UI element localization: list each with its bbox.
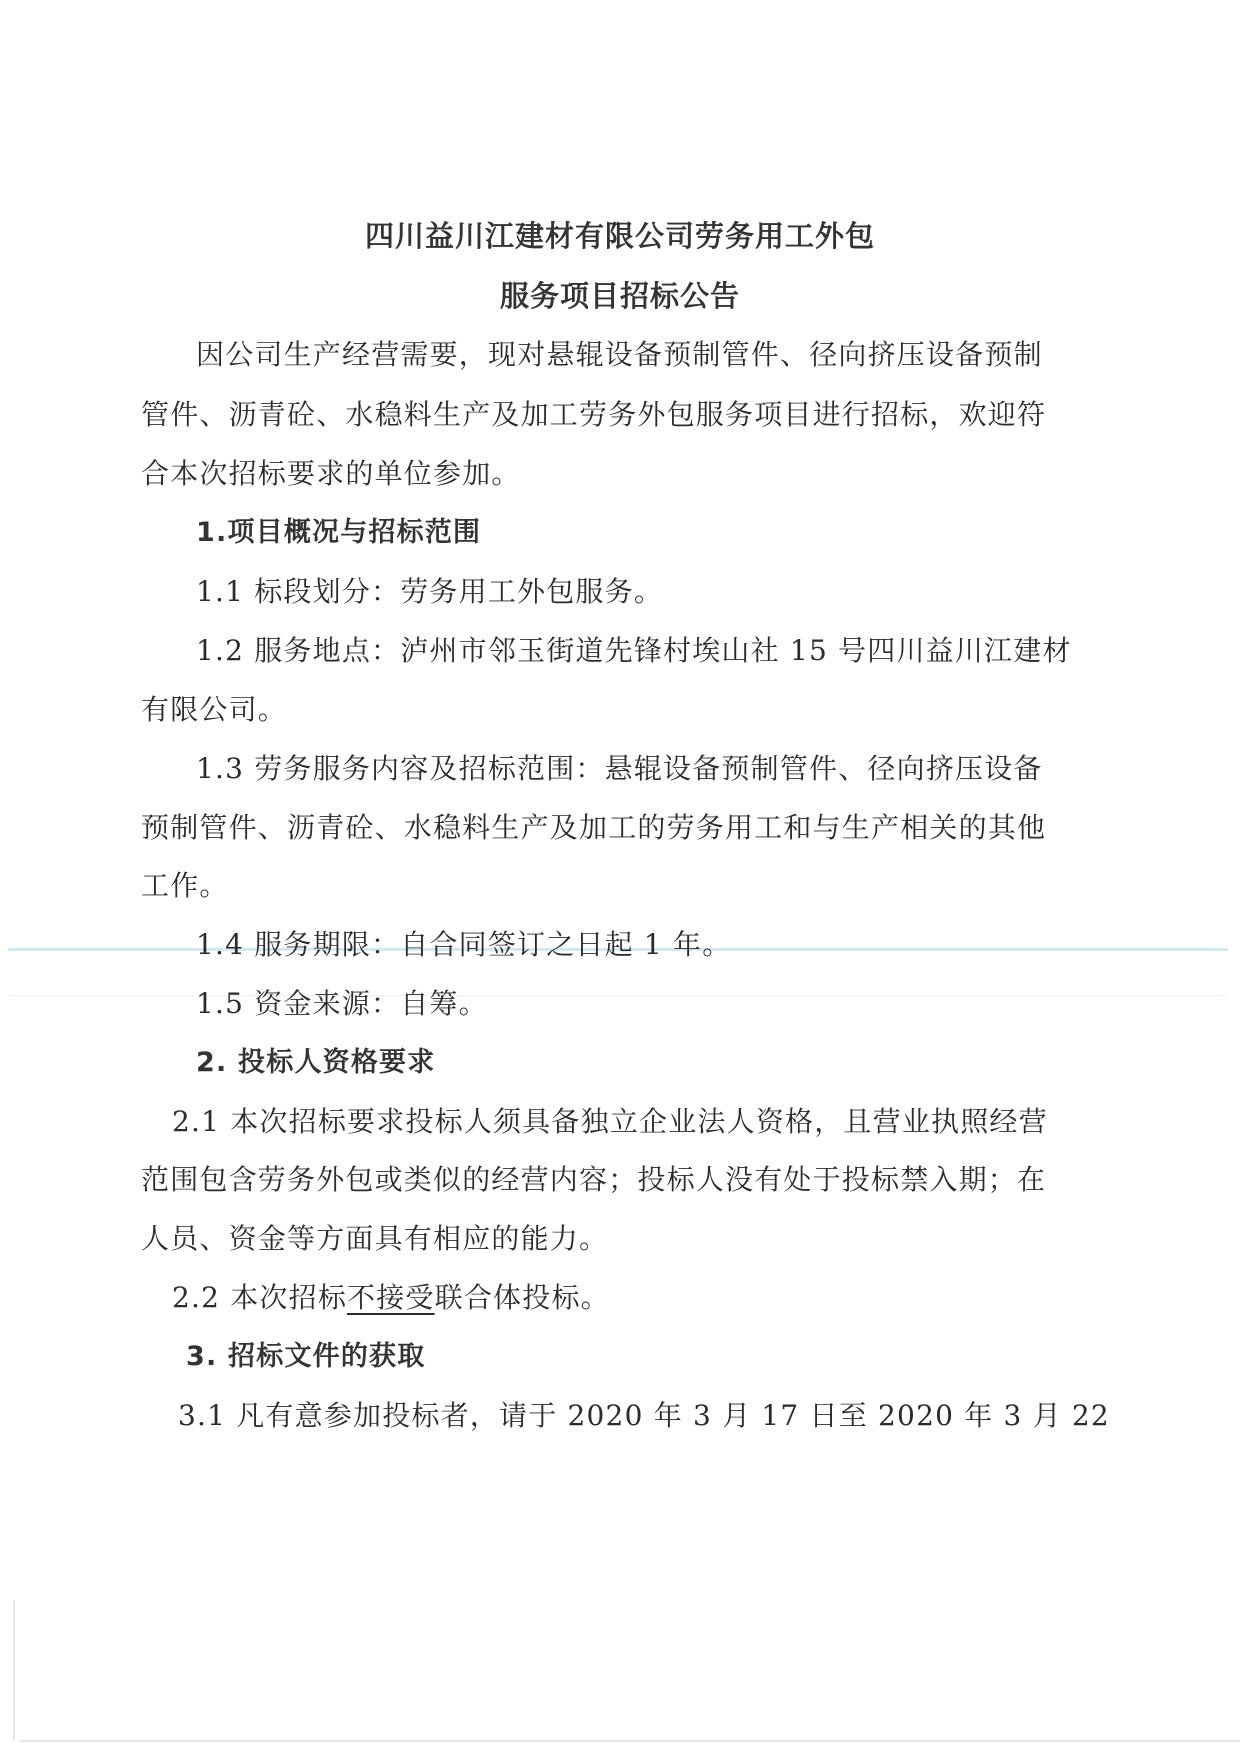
section-1-item-1-2-line-1: 1.2 服务地点：泸州市邻玉街道先锋村埃山社 15 号四川益川江建材 [196,633,999,669]
section-2-item-2-1-line-1: 2.1 本次招标要求投标人须具备独立企业法人资格，且营业执照经营 [172,1104,999,1140]
section-1-item-1-1: 1.1 标段划分：劳务用工外包服务。 [196,574,663,610]
section-3-item-3-1-line-1: 3.1 凡有意参加投标者，请于 2020 年 3 月 17 日至 2020 年 … [178,1398,999,1434]
section-3-heading: 3. 招标文件的获取 [186,1339,425,1375]
section-2-item-2-1-line-3: 人员、资金等方面具有相应的能力。 [141,1221,608,1257]
section-1-item-1-3-line-1: 1.3 劳务服务内容及招标范围：悬辊设备预制管件、径向挤压设备 [196,751,999,787]
scan-artifact-line-faint [8,995,1228,996]
section-1-heading: 1.项目概况与招标范围 [196,515,481,551]
section-1-item-1-3-line-3: 工作。 [141,868,229,904]
item-2-2-prefix: 2.2 本次招标 [172,1281,347,1314]
section-1-item-1-4: 1.4 服务期限：自合同签订之日起 1 年。 [196,927,731,963]
item-2-2-underlined-text: 不接受 [347,1281,435,1314]
section-2-item-2-1-line-2: 范围包含劳务外包或类似的经营内容；投标人没有处于投标禁入期；在 [141,1162,999,1198]
intro-paragraph-line-2: 管件、沥青砼、水稳料生产及加工劳务外包服务项目进行招标，欢迎符 [141,397,999,433]
section-2-heading: 2. 投标人资格要求 [196,1045,435,1081]
document-title-line-2: 服务项目招标公告 [0,274,1240,315]
section-1-item-1-3-line-2: 预制管件、沥青砼、水稳料生产及加工的劳务用工和与生产相关的其他 [141,810,999,846]
section-2-item-2-2: 2.2 本次招标不接受联合体投标。 [172,1280,610,1316]
intro-paragraph-line-1: 因公司生产经营需要，现对悬辊设备预制管件、径向挤压设备预制 [196,337,999,373]
section-1-item-1-5: 1.5 资金来源：自筹。 [196,986,488,1022]
item-2-2-suffix: 联合体投标。 [435,1281,610,1314]
intro-paragraph-line-3: 合本次招标要求的单位参加。 [141,456,521,492]
scan-edge-bottom [20,1740,1240,1742]
document-page: 四川益川江建材有限公司劳务用工外包 服务项目招标公告 因公司生产经营需要，现对悬… [0,0,1240,1754]
section-1-item-1-2-line-2: 有限公司。 [141,692,287,728]
document-title-line-1: 四川益川江建材有限公司劳务用工外包 [0,214,1240,255]
scan-edge-left [13,1600,15,1740]
